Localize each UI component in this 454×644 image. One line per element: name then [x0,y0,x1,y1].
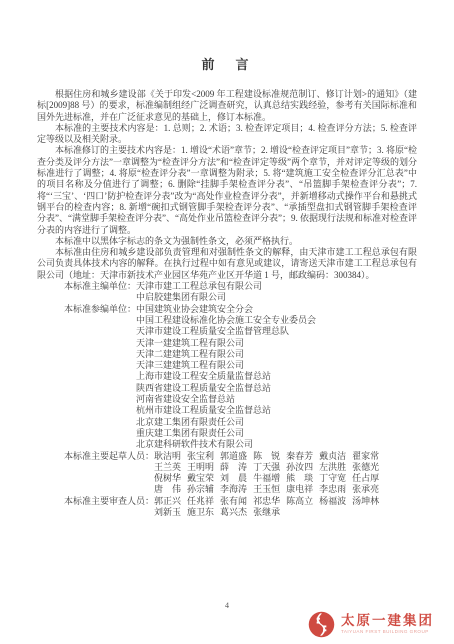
foreword-content: 根据住房和城乡建设部《关于印发<2009 年工程建设标准规范制订、修订计划>的通… [37,89,417,518]
drafters-block: 本标准主要起草人员： 耿洁明 张宝利 郭道盛 陈 锐 秦春芳 戴贞洁 [37,451,417,496]
org-line: 陕西省建设工程质量安全监督总站 [136,383,417,394]
person-name: 王兰英 [154,462,181,473]
person-name: 葛兴杰 [220,507,247,518]
org-line: 北京建工集团有限责任公司 [136,417,417,428]
foreword-paragraph: 本标准由住房和城乡建设部负责管理和对强制性条文的解释，由天津市建工工程总承包有限… [37,247,417,281]
person-name: 张宝利 [187,451,214,462]
reviewers-names: 郭正兴 任兆祥 张有闻 祁忠华 陈高立 杨福波 汤坤林 [154,496,417,519]
person-name: 郭道盛 [220,451,247,462]
person-name: 丁守宽 [319,473,346,484]
org-line: 天津市建设工程质量安全监督管理总队 [136,326,417,337]
person-name: 李忠雨 [319,484,346,495]
participant-orgs: 中国建筑业协会建筑安全分会 中国工程建设标准化协会施工安全专业委员会 天津市建设… [136,304,417,451]
person-name: 张有闻 [220,496,247,507]
person-name: 倪树华 [154,473,181,484]
person-name: 左洪胜 [319,462,346,473]
person-name: 丁天强 [253,462,280,473]
person-name: 张承亮 [352,484,379,495]
person-name: 康电祥 [286,484,313,495]
reviewers-row: 郭正兴 任兆祥 张有闻 祁忠华 陈高立 杨福波 汤坤林 [154,496,417,507]
foreword-paragraph: 本标准的主要技术内容是：1. 总则；2. 术语；3. 检查评定项目；4. 检查评… [37,123,417,146]
org-line: 重庆建工集团有限责任公司 [136,428,417,439]
person-name: 刘新玉 [154,507,181,518]
person-name: 孙宗辅 [187,484,214,495]
drafters-row: 唐 伟 孙宗辅 李海涛 王玉恒 康电祥 李忠雨 张承亮 [154,484,417,495]
person-name: 孙汝四 [286,462,313,473]
reviewers-label: 本标准主要审查人员： [64,496,154,519]
person-name: 耿洁明 [154,451,181,462]
person-name: 熊 琰 [286,473,313,484]
publisher-logo-text: 太原一建集团 TAIYUAN FIRST BUILDING GROUP [341,614,434,634]
person-name: 李海涛 [220,484,247,495]
org-line: 北京建科研软件技术有限公司 [136,439,417,450]
person-name: 施卫东 [187,507,214,518]
chief-editor-label: 本标准主编单位： [64,281,136,304]
drafters-row: 耿洁明 张宝利 郭道盛 陈 锐 秦春芳 戴贞洁 翟家常 [154,451,417,462]
foreword-paragraph: 本标准修订的主要技术内容是：1. 增设“术语”章节；2. 增设“检查评定项目”章… [37,145,417,235]
person-name: 陈高立 [286,496,313,507]
publisher-name-en: TAIYUAN FIRST BUILDING GROUP [341,630,434,635]
reviewers-block: 本标准主要审查人员： 郭正兴 任兆祥 张有闻 祁忠华 陈高立 杨福波 [37,496,417,519]
person-name: 王玉恒 [253,484,280,495]
chief-editor-block: 本标准主编单位： 天津市建工工程总承包有限公司 中启胶建集团有限公司 [37,281,417,304]
foreword-paragraph: 根据住房和城乡建设部《关于印发<2009 年工程建设标准规范制订、修订计划>的通… [37,89,417,123]
org-line: 中国工程建设标准化协会施工安全专业委员会 [136,315,417,326]
org-line: 中国建筑业协会建筑安全分会 [136,304,417,315]
person-name: 唐 伟 [154,484,181,495]
person-name: 秦春芳 [286,451,313,462]
person-name: 王明明 [187,462,214,473]
publisher-logo: 太原一建集团 TAIYUAN FIRST BUILDING GROUP [307,610,434,639]
person-name: 张继承 [253,507,280,518]
org-line: 上海市建设工程安全质量监督总站 [136,371,417,382]
reviewers-row: 刘新玉 施卫东 葛兴杰 张继承 [154,507,417,518]
chief-editor-orgs: 天津市建工工程总承包有限公司 中启胶建集团有限公司 [136,281,417,304]
person-name: 刘 晨 [220,473,247,484]
person-name: 汤坤林 [352,496,379,507]
publisher-name-cn: 太原一建集团 [341,614,434,628]
participant-label: 本标准参编单位： [64,304,136,451]
person-name: 张德光 [352,462,379,473]
page-number: 4 [0,601,454,610]
person-name: 任占厚 [352,473,379,484]
person-name: 祁忠华 [253,496,280,507]
person-name: 郭正兴 [154,496,181,507]
person-name: 戴贞洁 [319,451,346,462]
taiyuan-logo-icon [307,610,336,639]
org-line: 天津三建建筑工程有限公司 [136,360,417,371]
org-line: 中启胶建集团有限公司 [136,292,417,303]
org-line: 河南省建设安全监督总站 [136,394,417,405]
page-title: 前 言 [0,0,454,73]
person-name: 杨福波 [319,496,346,507]
drafters-row: 王兰英 王明明 薛 涛 丁天强 孙汝四 左洪胜 张德光 [154,462,417,473]
foreword-paragraph: 本标准中以黑体字标志的条文为强制性条文，必须严格执行。 [37,236,417,247]
org-line: 天津市建工工程总承包有限公司 [136,281,417,292]
person-name: 陈 锐 [253,451,280,462]
org-line: 杭州市建设工程质量安全监督总站 [136,405,417,416]
org-line: 天津一建建筑工程有限公司 [136,338,417,349]
document-page: 前 言 根据住房和城乡建设部《关于印发<2009 年工程建设标准规范制订、修订计… [0,0,454,644]
person-name: 薛 涛 [220,462,247,473]
drafters-row: 倪树华 戴宝荣 刘 晨 牛福增 熊 琰 丁守宽 任占厚 [154,473,417,484]
person-name: 翟家常 [352,451,379,462]
org-line: 天津二建建筑工程有限公司 [136,349,417,360]
person-name: 牛福增 [253,473,280,484]
drafters-names: 耿洁明 张宝利 郭道盛 陈 锐 秦春芳 戴贞洁 翟家常 [154,451,417,496]
person-name: 任兆祥 [187,496,214,507]
participant-block: 本标准参编单位： 中国建筑业协会建筑安全分会 中国工程建设标准化协会施工安全专业… [37,304,417,451]
drafters-label: 本标准主要起草人员： [64,451,154,496]
person-name: 戴宝荣 [187,473,214,484]
